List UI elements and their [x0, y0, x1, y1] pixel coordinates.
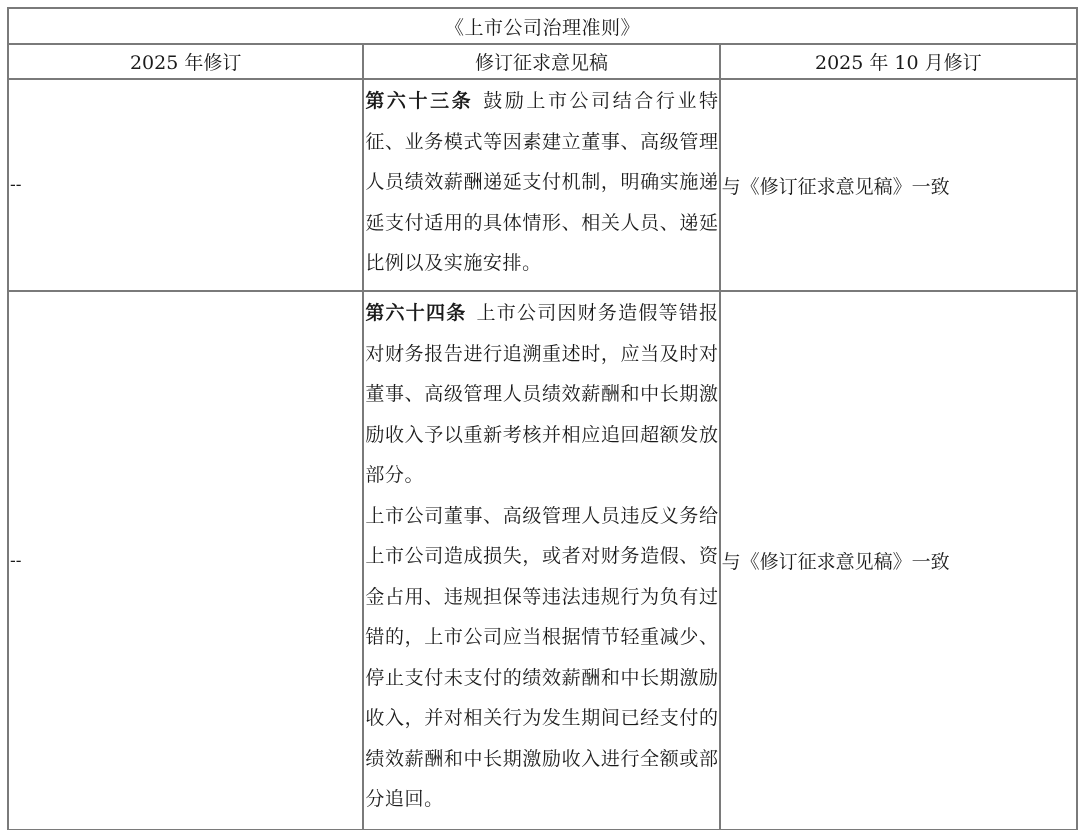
article-number: 第六十三条: [365, 90, 473, 112]
column-header-draft: 修订征求意见稿: [363, 44, 719, 79]
article-number: 第六十四条: [365, 302, 466, 324]
cell-draft-article-63: 第六十三条鼓励上市公司结合行业特征、业务模式等因素建立董事、高级管理人员绩效薪酬…: [363, 79, 719, 291]
column-header-2025-october-revision: 2025 年 10 月修订: [720, 44, 1077, 79]
header-row: 2025 年修订 修订征求意见稿 2025 年 10 月修订: [8, 44, 1077, 79]
governance-comparison-table: 《上市公司治理准则》 2025 年修订 修订征求意见稿 2025 年 10 月修…: [7, 7, 1078, 830]
article-text: 上市公司因财务造假等错报对财务报告进行追溯重述时，应当及时对董事、高级管理人员绩…: [365, 302, 718, 486]
cell-2025-october-revision: 与《修订征求意见稿》一致: [720, 79, 1077, 291]
table-row: -- 第六十三条鼓励上市公司结合行业特征、业务模式等因素建立董事、高级管理人员绩…: [8, 79, 1077, 291]
article-text: 鼓励上市公司结合行业特征、业务模式等因素建立董事、高级管理人员绩效薪酬递延支付机…: [365, 90, 718, 274]
article-paragraph: 第六十四条上市公司因财务造假等错报对财务报告进行追溯重述时，应当及时对董事、高级…: [365, 293, 718, 496]
cell-2025-revision: --: [8, 79, 363, 291]
article-paragraph: 第六十三条鼓励上市公司结合行业特征、业务模式等因素建立董事、高级管理人员绩效薪酬…: [365, 81, 718, 284]
article-paragraph: 上市公司董事、高级管理人员违反义务给上市公司造成损失，或者对财务造假、资金占用、…: [365, 496, 718, 820]
cell-draft-article-64: 第六十四条上市公司因财务造假等错报对财务报告进行追溯重述时，应当及时对董事、高级…: [363, 291, 719, 830]
title-row: 《上市公司治理准则》: [8, 8, 1077, 44]
column-header-2025-revision: 2025 年修订: [8, 44, 363, 79]
table-row: -- 第六十四条上市公司因财务造假等错报对财务报告进行追溯重述时，应当及时对董事…: [8, 291, 1077, 830]
cell-2025-october-revision: 与《修订征求意见稿》一致: [720, 291, 1077, 830]
cell-2025-revision: --: [8, 291, 363, 830]
table-title: 《上市公司治理准则》: [8, 8, 1077, 44]
